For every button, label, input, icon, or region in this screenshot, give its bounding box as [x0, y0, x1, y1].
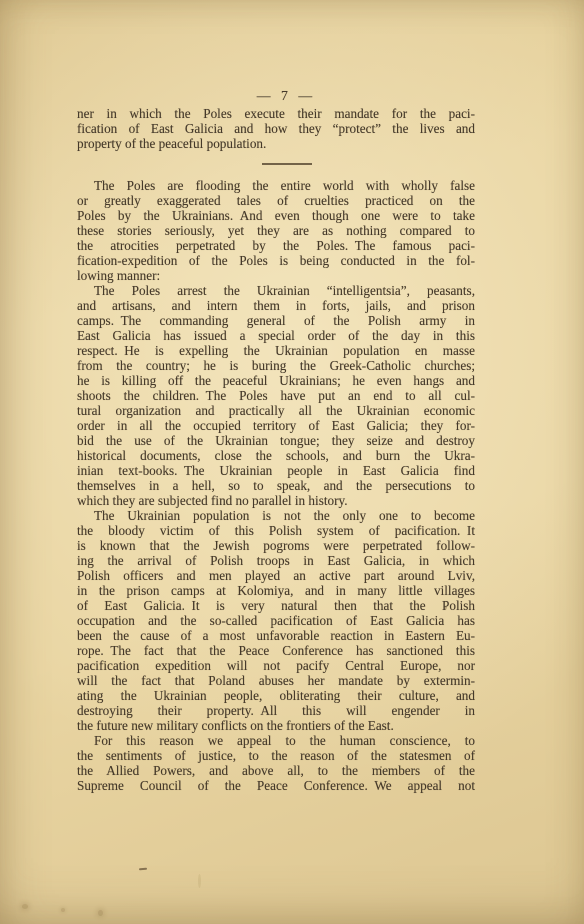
text-line: the future new military conflicts on the…: [77, 718, 475, 733]
text-line: shoots the children. The Poles have put …: [77, 388, 475, 403]
paper-smudge: [61, 908, 65, 912]
text-line: property of the peaceful population.: [77, 136, 475, 151]
text-line: the Allied Powers, and above all, to the…: [77, 763, 475, 778]
text-line: pacification expedition will not pacify …: [77, 658, 475, 673]
text-line: occupation and the so-called pacificatio…: [77, 613, 475, 628]
text-line: The Poles arrest the Ukrainian “intellig…: [77, 283, 475, 298]
text-line: bid the use of the Ukrainian tongue; the…: [77, 433, 475, 448]
paragraph: The Poles are flooding the entire world …: [77, 178, 475, 283]
text-line: camps. The commanding general of the Pol…: [77, 313, 475, 328]
text-line: been the cause of a most unfavorable rea…: [77, 628, 475, 643]
text-line: the sentiments of justice, to the reason…: [77, 748, 475, 763]
paper-smudge: [198, 874, 201, 888]
text-line: The Poles are flooding the entire world …: [77, 178, 475, 193]
text-line: fication-expedition of the Poles is bein…: [77, 253, 475, 268]
paragraph: The Ukrainian population is not the only…: [77, 508, 475, 733]
text-line: Poles by the Ukrainians. And even though…: [77, 208, 475, 223]
text-line: tural organization and practically all t…: [77, 403, 475, 418]
text-line: fication of East Galicia and how they “p…: [77, 121, 475, 136]
text-line: ating the Ukrainian people, obliterating…: [77, 688, 475, 703]
text-line: destroying their property. All this will…: [77, 703, 475, 718]
text-line: rope. The fact that the Peace Conference…: [77, 643, 475, 658]
text-line: or greatly exaggerated tales of crueltie…: [77, 193, 475, 208]
text-line: Supreme Council of the Peace Conference.…: [77, 778, 475, 793]
text-line: in the prison camps at Kolomiya, and in …: [77, 583, 475, 598]
page-number: — 7 —: [77, 88, 475, 103]
text-line: of East Galicia. It is very natural then…: [77, 598, 475, 613]
text-line: from the country; he is buring the Greek…: [77, 358, 475, 373]
text-line: respect. He is expelling the Ukrainian p…: [77, 343, 475, 358]
paragraph: For this reason we appeal to the human c…: [77, 733, 475, 793]
text-line: is known that the Jewish pogroms were pe…: [77, 538, 475, 553]
pencil-dash-mark: [139, 868, 147, 871]
text-line: the atrocities perpetrated by the Poles.…: [77, 238, 475, 253]
text-line: order in all the occupied territory of E…: [77, 418, 475, 433]
text-line: the bloody victim of this Polish system …: [77, 523, 475, 538]
page-content: — 7 — ner in which the Poles execute the…: [77, 88, 475, 793]
text-line: he is killing off the peaceful Ukrainian…: [77, 373, 475, 388]
text-line: The Ukrainian population is not the only…: [77, 508, 475, 523]
text-line: lowing manner:: [77, 268, 475, 283]
paragraph: ner in which the Poles execute their man…: [77, 106, 475, 151]
scanned-document-page: — 7 — ner in which the Poles execute the…: [0, 0, 584, 924]
text-line: themselves in a hell, so to speak, and t…: [77, 478, 475, 493]
text-line: Polish officers and men played an active…: [77, 568, 475, 583]
text-line: ing the arrival of Polish troops in East…: [77, 553, 475, 568]
text-line: which they are subjected find no paralle…: [77, 493, 475, 508]
text-line: East Galicia has issued a special order …: [77, 328, 475, 343]
text-line: and artisans, and intern them in forts, …: [77, 298, 475, 313]
text-line: inian text-books. The Ukrainian people i…: [77, 463, 475, 478]
paper-smudge: [98, 910, 103, 916]
section-divider-rule: [262, 163, 312, 165]
paper-smudge: [22, 904, 28, 909]
paragraph: The Poles arrest the Ukrainian “intellig…: [77, 283, 475, 508]
text-line: ner in which the Poles execute their man…: [77, 106, 475, 121]
text-line: these stories seriously, yet they are as…: [77, 223, 475, 238]
page-body: ner in which the Poles execute their man…: [77, 106, 475, 793]
text-line: historical documents, close the schools,…: [77, 448, 475, 463]
text-line: For this reason we appeal to the human c…: [77, 733, 475, 748]
text-line: will the fact that Poland abuses her man…: [77, 673, 475, 688]
